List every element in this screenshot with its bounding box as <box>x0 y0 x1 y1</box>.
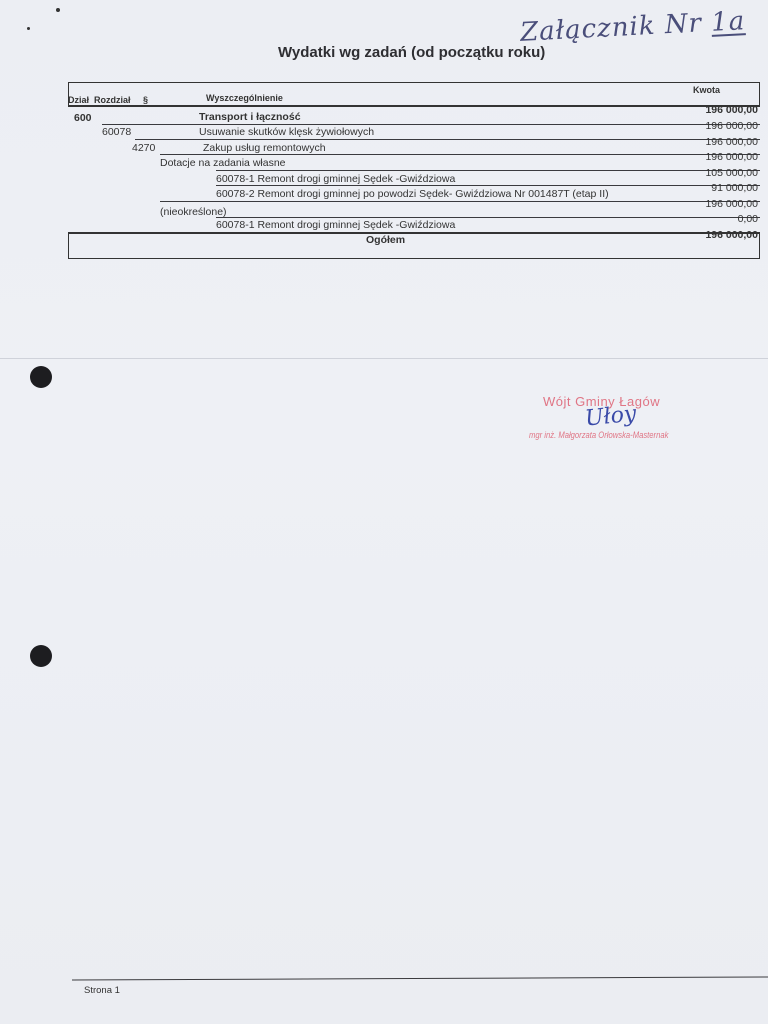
scanned-page: Załącznik Nr 1a Wydatki wg zadań (od poc… <box>0 0 768 1024</box>
attachment-number: 1a <box>710 6 746 38</box>
row-code: 600 <box>74 112 92 124</box>
total-label: Ogółem <box>366 234 405 246</box>
row-label: 60078-1 Remont drogi gminnej Sędek -Gwiź… <box>216 173 455 185</box>
row-amount: 0,00 <box>738 213 758 225</box>
row-rule <box>216 185 760 186</box>
row-rule <box>216 170 760 171</box>
total-row <box>68 232 760 259</box>
stamp-name: mgr inż. Małgorzata Orłowska-Masternak <box>529 430 668 440</box>
header-wyszczegolnienie: Wyszczególnienie <box>206 93 283 103</box>
row-label: Dotacje na zadania własne <box>160 157 286 169</box>
header-kwota: Kwota <box>693 85 720 95</box>
header-rozdzial: Rozdział <box>94 95 131 105</box>
row-amount: 196 000,00 <box>705 151 758 163</box>
paper-fold-crease <box>0 358 768 359</box>
header-dzial: Dział <box>68 95 89 105</box>
punch-hole <box>30 366 52 388</box>
row-amount: 91 000,00 <box>711 182 758 194</box>
row-rule <box>160 154 760 155</box>
row-amount: 196 000,00 <box>705 136 758 148</box>
row-label: Usuwanie skutków klęsk żywiołowych <box>199 126 374 138</box>
row-amount: 196 000,00 <box>705 104 758 116</box>
dust-speck <box>27 27 30 30</box>
table-header <box>68 82 760 107</box>
handwritten-attachment-note: Załącznik Nr 1a <box>519 6 746 48</box>
page-number: Strona 1 <box>84 985 120 996</box>
expenses-table: Dział Rozdział § Wyszczególnienie Kwota … <box>68 82 760 258</box>
handwritten-signature: Ułoy <box>584 401 638 431</box>
row-rule <box>160 201 760 202</box>
row-code: 60078 <box>102 126 131 138</box>
row-label: Transport i łączność <box>199 111 301 123</box>
dust-speck <box>56 8 60 12</box>
header-paragraf: § <box>143 95 148 105</box>
total-amount: 196 000,00 <box>705 229 758 241</box>
row-code: 4270 <box>132 142 155 154</box>
footer-rule <box>72 976 768 980</box>
row-label: 60078-2 Remont drogi gminnej po powodzi … <box>216 188 609 200</box>
row-amount: 196 000,00 <box>705 120 758 132</box>
row-label: 60078-1 Remont drogi gminnej Sędek -Gwiź… <box>216 219 455 231</box>
row-amount: 105 000,00 <box>705 167 758 179</box>
row-label: Zakup usług remontowych <box>203 142 326 154</box>
punch-hole <box>30 645 52 667</box>
row-rule <box>135 139 760 140</box>
row-amount: 196 000,00 <box>705 198 758 210</box>
attachment-prefix: Załącznik Nr <box>519 8 702 47</box>
document-title: Wydatki wg zadań (od początku roku) <box>278 44 545 61</box>
